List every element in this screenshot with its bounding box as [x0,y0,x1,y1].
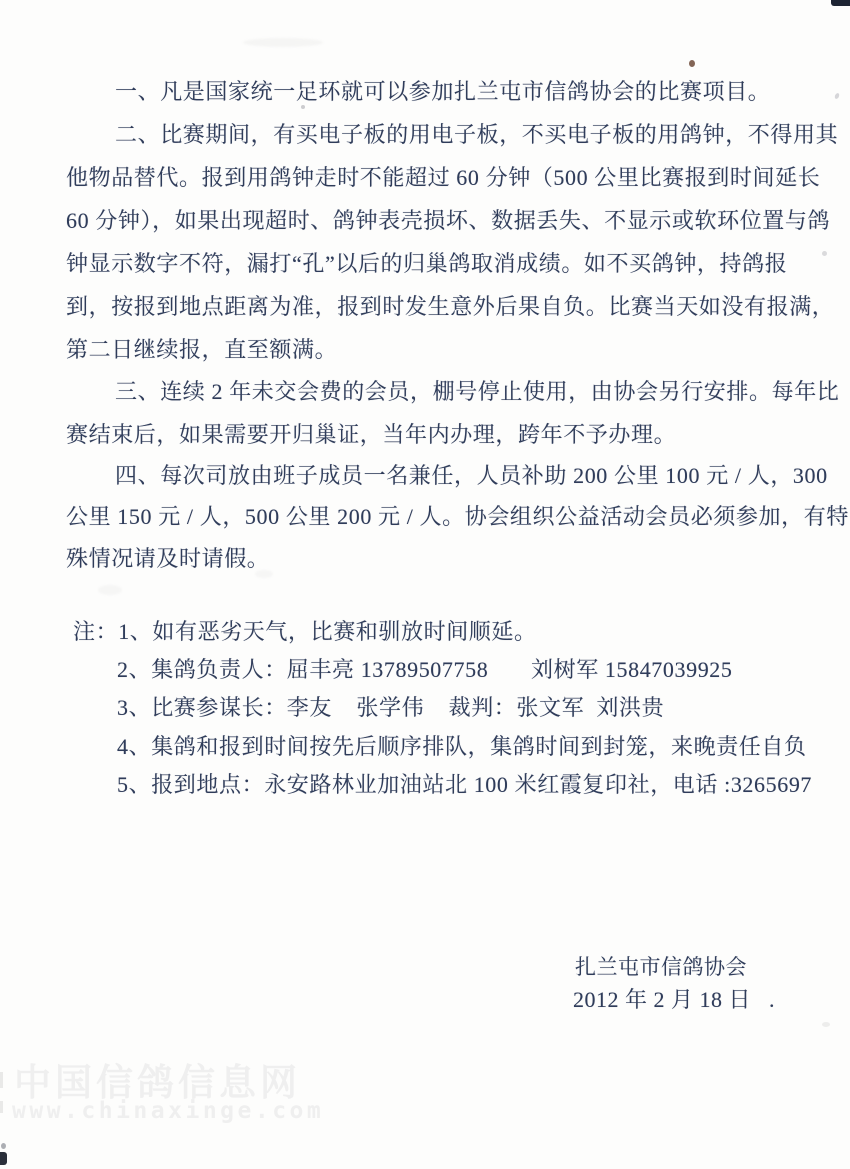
body-line-4: 60 分钟），如果出现超时、鸽钟表壳损坏、数据丢失、不显示或软环位置与鸽 [66,207,830,234]
scan-artifact-smudge [98,585,122,595]
scan-artifact-faint-dot [822,1022,830,1027]
scan-artifact-right-mark [834,92,840,99]
body-line-11: 公里 150 元 / 人，500 公里 200 元 / 人。协会组织公益活动会员… [66,503,849,530]
note-line-2: 2、集鸽负责人：屈丰亮 13789507758 刘树军 15847039925 [117,656,733,683]
note-line-3: 3、比赛参谋长：李友 张学伟 裁判：张文军 刘洪贵 [117,694,664,721]
body-line-12: 殊情况请及时请假。 [66,545,269,572]
scan-artifact-brown-dot [689,60,695,67]
body-line-8: 三、连续 2 年未交会费的会员，棚号停止使用，由协会另行安排。每年比 [115,378,839,405]
body-line-6: 到，按报到地点距离为准，报到时发生意外后果自负。比赛当天如没有报满， [66,293,834,320]
body-line-9: 赛结束后，如果需要开归巢证，当年内办理，跨年不予办理。 [66,421,676,448]
scanned-document-page: 中国信鸽信息网 www.chinaxinge.com 一、凡是国家统一足环就可以… [0,0,850,1169]
scan-artifact-smudge [255,570,273,578]
scan-artifact-smudge [243,38,323,47]
scan-artifact-bottom-left-corner [0,1152,7,1165]
note-line-1: 注：1、如有恶劣天气，比赛和驯放时间顺延。 [73,618,537,645]
signature-organization: 扎兰屯市信鸽协会 [575,951,747,981]
body-line-5: 钟显示数字不符，漏打“孔”以后的归巢鸽取消成绩。如不买鸽钟，持鸽报 [66,250,787,277]
scan-artifact-edge-tick [0,1072,3,1088]
body-line-7: 第二日继续报，直至额满。 [66,336,337,363]
watermark-site-url: www.chinaxinge.com [12,1098,324,1124]
scan-artifact-right-mark [822,251,827,256]
signature-date: 2012 年 2 月 18 日 . [573,983,775,1014]
scan-artifact-bottom-left-corner [1,1143,6,1149]
body-line-10: 四、每次司放由班子成员一名兼任，人员补助 200 公里 100 元 / 人，30… [115,462,828,489]
note-line-5: 5、报到地点：永安路林业加油站北 100 米红霞复印社，电话 :3265697 [117,771,812,798]
body-line-2: 二、比赛期间，有买电子板的用电子板，不买电子板的用鸽钟，不得用其 [115,121,838,148]
scan-artifact-top-right-corner [831,0,850,6]
scan-artifact-edge-tick [0,1101,3,1113]
body-line-1: 一、凡是国家统一足环就可以参加扎兰屯市信鸽协会的比赛项目。 [115,78,770,105]
body-line-3: 他物品替代。报到用鸽钟走时不能超过 60 分钟（500 公里比赛报到时间延长 [66,164,820,191]
note-line-4: 4、集鸽和报到时间按先后顺序排队，集鸽时间到封笼，来晚责任自负 [117,733,807,760]
scan-artifact-faint-dot [301,105,305,109]
